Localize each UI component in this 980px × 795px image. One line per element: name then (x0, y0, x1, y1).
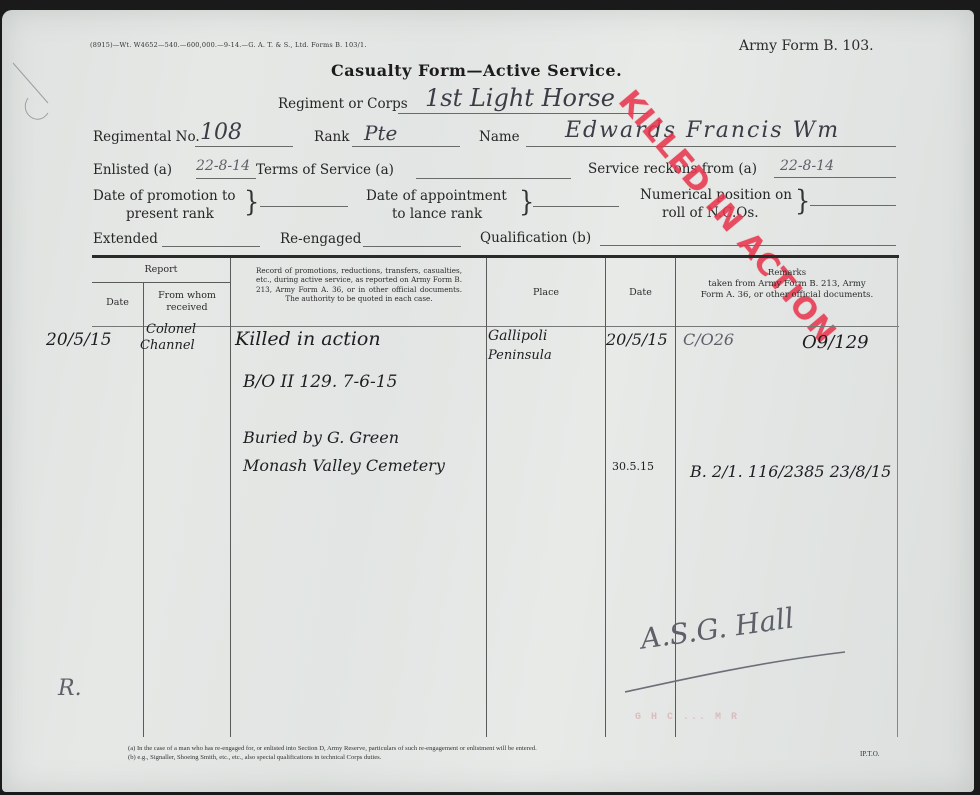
terms-of-service-label: Terms of Service (a) (256, 162, 394, 178)
entry-remarks-2[interactable]: O9/129 (802, 332, 869, 353)
entry-from-whom-1[interactable]: Colonel (146, 322, 196, 337)
promotion-label-2: present rank (126, 206, 214, 222)
table-right-edge (897, 258, 898, 737)
name-label: Name (479, 129, 520, 145)
col-divider-from (230, 258, 231, 737)
regiment-line (398, 113, 648, 114)
entry-burial-date[interactable]: 30.5.15 (612, 460, 654, 473)
header-bottom-rule (92, 326, 899, 327)
service-reckons-line (774, 177, 896, 178)
numerical-brace: } (795, 187, 810, 215)
header-record: Record of promotions, reductions, transf… (256, 266, 462, 303)
report-divider (92, 282, 230, 283)
header-remarks: Remarks (696, 268, 878, 279)
rank-line (352, 146, 460, 147)
signature-underline-icon (620, 640, 850, 700)
enlisted-label: Enlisted (a) (93, 162, 172, 178)
extended-label: Extended (93, 231, 158, 247)
appointment-line (533, 206, 619, 207)
entry-place-2[interactable]: Peninsula (488, 348, 552, 363)
entry-place-1[interactable]: Gallipoli (488, 328, 547, 344)
table-top-rule (92, 255, 899, 258)
extended-line (162, 246, 260, 247)
printer-imprint: (8915)—Wt. W4652—540.—600,000.—9-14.—G. … (90, 41, 367, 49)
regimental-no-line (195, 146, 293, 147)
entry-buried-by[interactable]: Buried by G. Green (243, 428, 399, 447)
entry-report-date[interactable]: 20/5/15 (46, 330, 112, 350)
form-title: Casualty Form—Active Service. (331, 61, 622, 80)
appointment-brace: } (519, 188, 534, 216)
regimental-no-value[interactable]: 108 (200, 120, 242, 145)
enlisted-value[interactable]: 22-8-14 (196, 158, 250, 174)
regiment-label: Regiment or Corps (278, 96, 408, 112)
service-reckons-value[interactable]: 22-8-14 (780, 158, 834, 174)
header-report: Report (92, 264, 230, 276)
regimental-no-label: Regimental No. (93, 129, 200, 145)
rank-label: Rank (314, 129, 349, 145)
header-date: Date (92, 297, 143, 309)
initial-mark: R. (58, 676, 82, 701)
appointment-label-2: to lance rank (392, 206, 482, 222)
header-place: Place (487, 287, 605, 299)
appointment-label-1: Date of appointment (366, 188, 507, 204)
col-divider-record (486, 258, 487, 737)
faint-red-stamp: G H C ... M R (635, 712, 739, 723)
name-line (526, 146, 896, 147)
footnote-b: (b) e.g., Signaller, Shoeing Smith, etc.… (128, 754, 381, 761)
qualification-label: Qualification (b) (480, 230, 591, 246)
reengaged-label: Re-engaged (280, 231, 361, 247)
footnote-a: (a) In the case of a man who has re-enga… (128, 745, 537, 752)
please-turn-over: IP.T.O. (860, 750, 880, 758)
entry-from-whom-2[interactable]: Channel (140, 338, 195, 353)
promotion-line (260, 206, 348, 207)
header-remarks-detail: taken from Army Form B. 213, Army Form A… (696, 279, 878, 300)
entry-record-authority[interactable]: B/O II 129. 7-6-15 (243, 372, 397, 392)
enlisted-line (196, 178, 256, 179)
name-value[interactable]: Edwards Francis Wm (565, 118, 840, 143)
promotion-brace: } (244, 188, 259, 216)
entry-burial-remarks[interactable]: B. 2/1. 116/2385 23/8/15 (690, 462, 891, 481)
regiment-value[interactable]: 1st Light Horse (425, 84, 615, 112)
header-date-2: Date (606, 287, 675, 299)
entry-date[interactable]: 20/5/15 (606, 330, 668, 349)
header-from-whom: From whom received (146, 290, 228, 314)
terms-of-service-line (416, 178, 571, 179)
entry-record-1[interactable]: Killed in action (235, 328, 381, 350)
pencil-mark-icon (8, 58, 53, 128)
reengaged-line (363, 246, 461, 247)
entry-remarks-1[interactable]: C/O26 (683, 330, 734, 349)
rank-value[interactable]: Pte (364, 121, 397, 145)
promotion-label-1: Date of promotion to (93, 188, 236, 204)
numerical-line (810, 205, 896, 206)
entry-cemetery[interactable]: Monash Valley Cemetery (243, 456, 445, 475)
army-form-number: Army Form B. 103. (739, 38, 874, 54)
